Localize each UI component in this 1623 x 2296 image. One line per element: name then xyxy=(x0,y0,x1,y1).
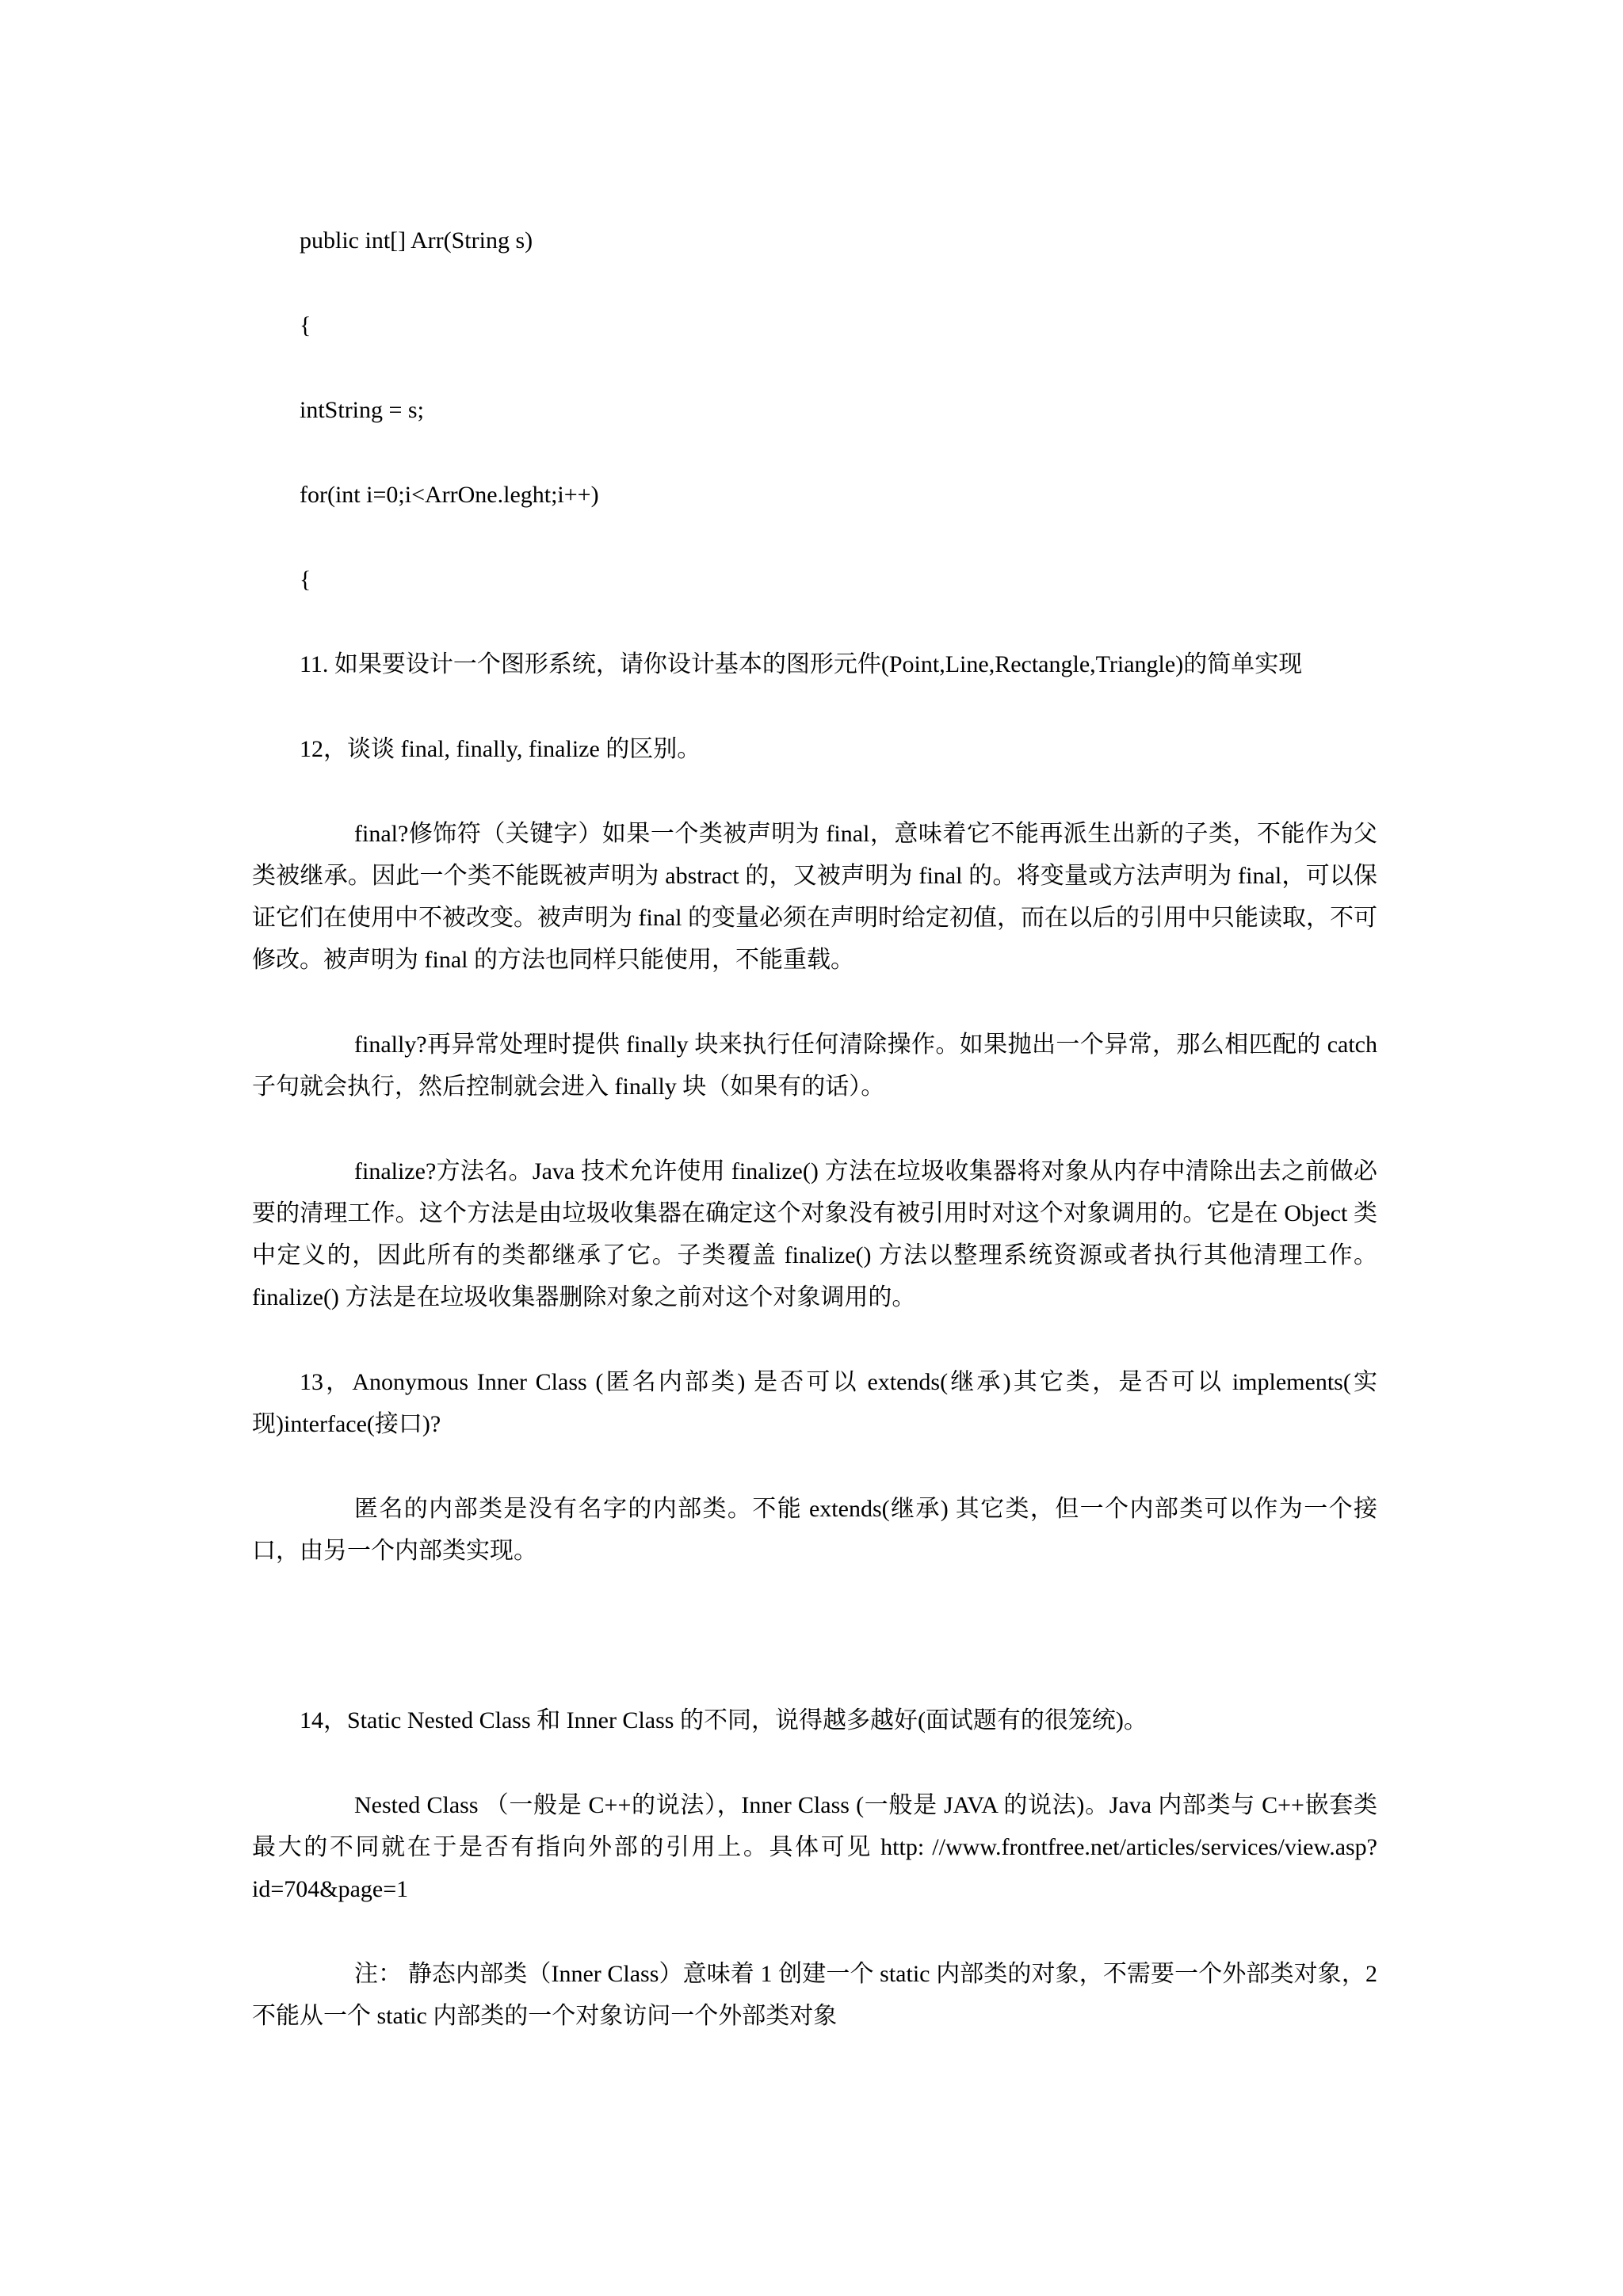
question-14: 14，Static Nested Class 和 Inner Class 的不同… xyxy=(252,1699,1377,1741)
code-line-5: { xyxy=(252,559,1377,601)
paragraph-finally-definition: finally?再异常处理时提供 finally 块来执行任何清除操作。如果抛出… xyxy=(252,1024,1377,1108)
blank-line xyxy=(252,1615,1377,1657)
answer-anonymous-inner-class: 匿名的内部类是没有名字的内部类。不能 extends(继承) 其它类，但一个内部… xyxy=(252,1488,1377,1572)
code-line-4: for(int i=0;i<ArrOne.leght;i++) xyxy=(252,474,1377,516)
code-line-3: intString = s; xyxy=(252,389,1377,431)
code-line-1: public int[] Arr(String s) xyxy=(252,219,1377,261)
note-static-inner-class: 注： 静态内部类（Inner Class）意味着 1 创建一个 static 内… xyxy=(252,1953,1377,2037)
question-13: 13，Anonymous Inner Class (匿名内部类) 是否可以 ex… xyxy=(252,1361,1377,1445)
code-line-2: { xyxy=(252,304,1377,346)
answer-nested-class: Nested Class （一般是 C++的说法），Inner Class (一… xyxy=(252,1784,1377,1910)
paragraph-finalize-definition: finalize?方法名。Java 技术允许使用 finalize() 方法在垃… xyxy=(252,1150,1377,1318)
document-page: public int[] Arr(String s) { intString =… xyxy=(0,0,1623,2296)
question-12: 12，谈谈 final, finally, finalize 的区别。 xyxy=(252,728,1377,770)
question-11: 11. 如果要设计一个图形系统，请你设计基本的图形元件(Point,Line,R… xyxy=(252,643,1377,685)
paragraph-final-definition: final?修饰符（关键字）如果一个类被声明为 final，意味着它不能再派生出… xyxy=(252,813,1377,981)
